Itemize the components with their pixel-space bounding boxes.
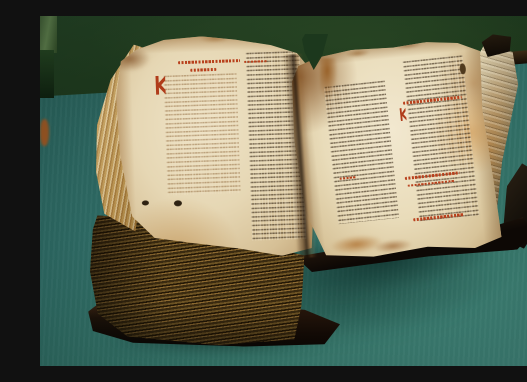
left-page-red-subheading [190, 68, 216, 71]
wormhole-2 [174, 200, 182, 206]
photo-open-manuscript: An ancient handwritten parchment codex l… [40, 16, 527, 366]
right-page-column-2 [402, 55, 479, 222]
right-page-column-1 [324, 80, 399, 224]
right-page [286, 36, 503, 265]
right-page-red-initial [399, 108, 406, 122]
backdrop-shaded-corner [40, 50, 54, 98]
left-page-column-1 [163, 73, 240, 195]
rust-patch-left-edge [40, 119, 49, 146]
backdrop-fold-highlight [40, 16, 57, 53]
wormhole-1 [142, 200, 149, 205]
gutter-burn-stain [320, 58, 338, 100]
margin-annotation-mark [460, 63, 467, 75]
left-page-red-heading-1 [178, 59, 239, 64]
